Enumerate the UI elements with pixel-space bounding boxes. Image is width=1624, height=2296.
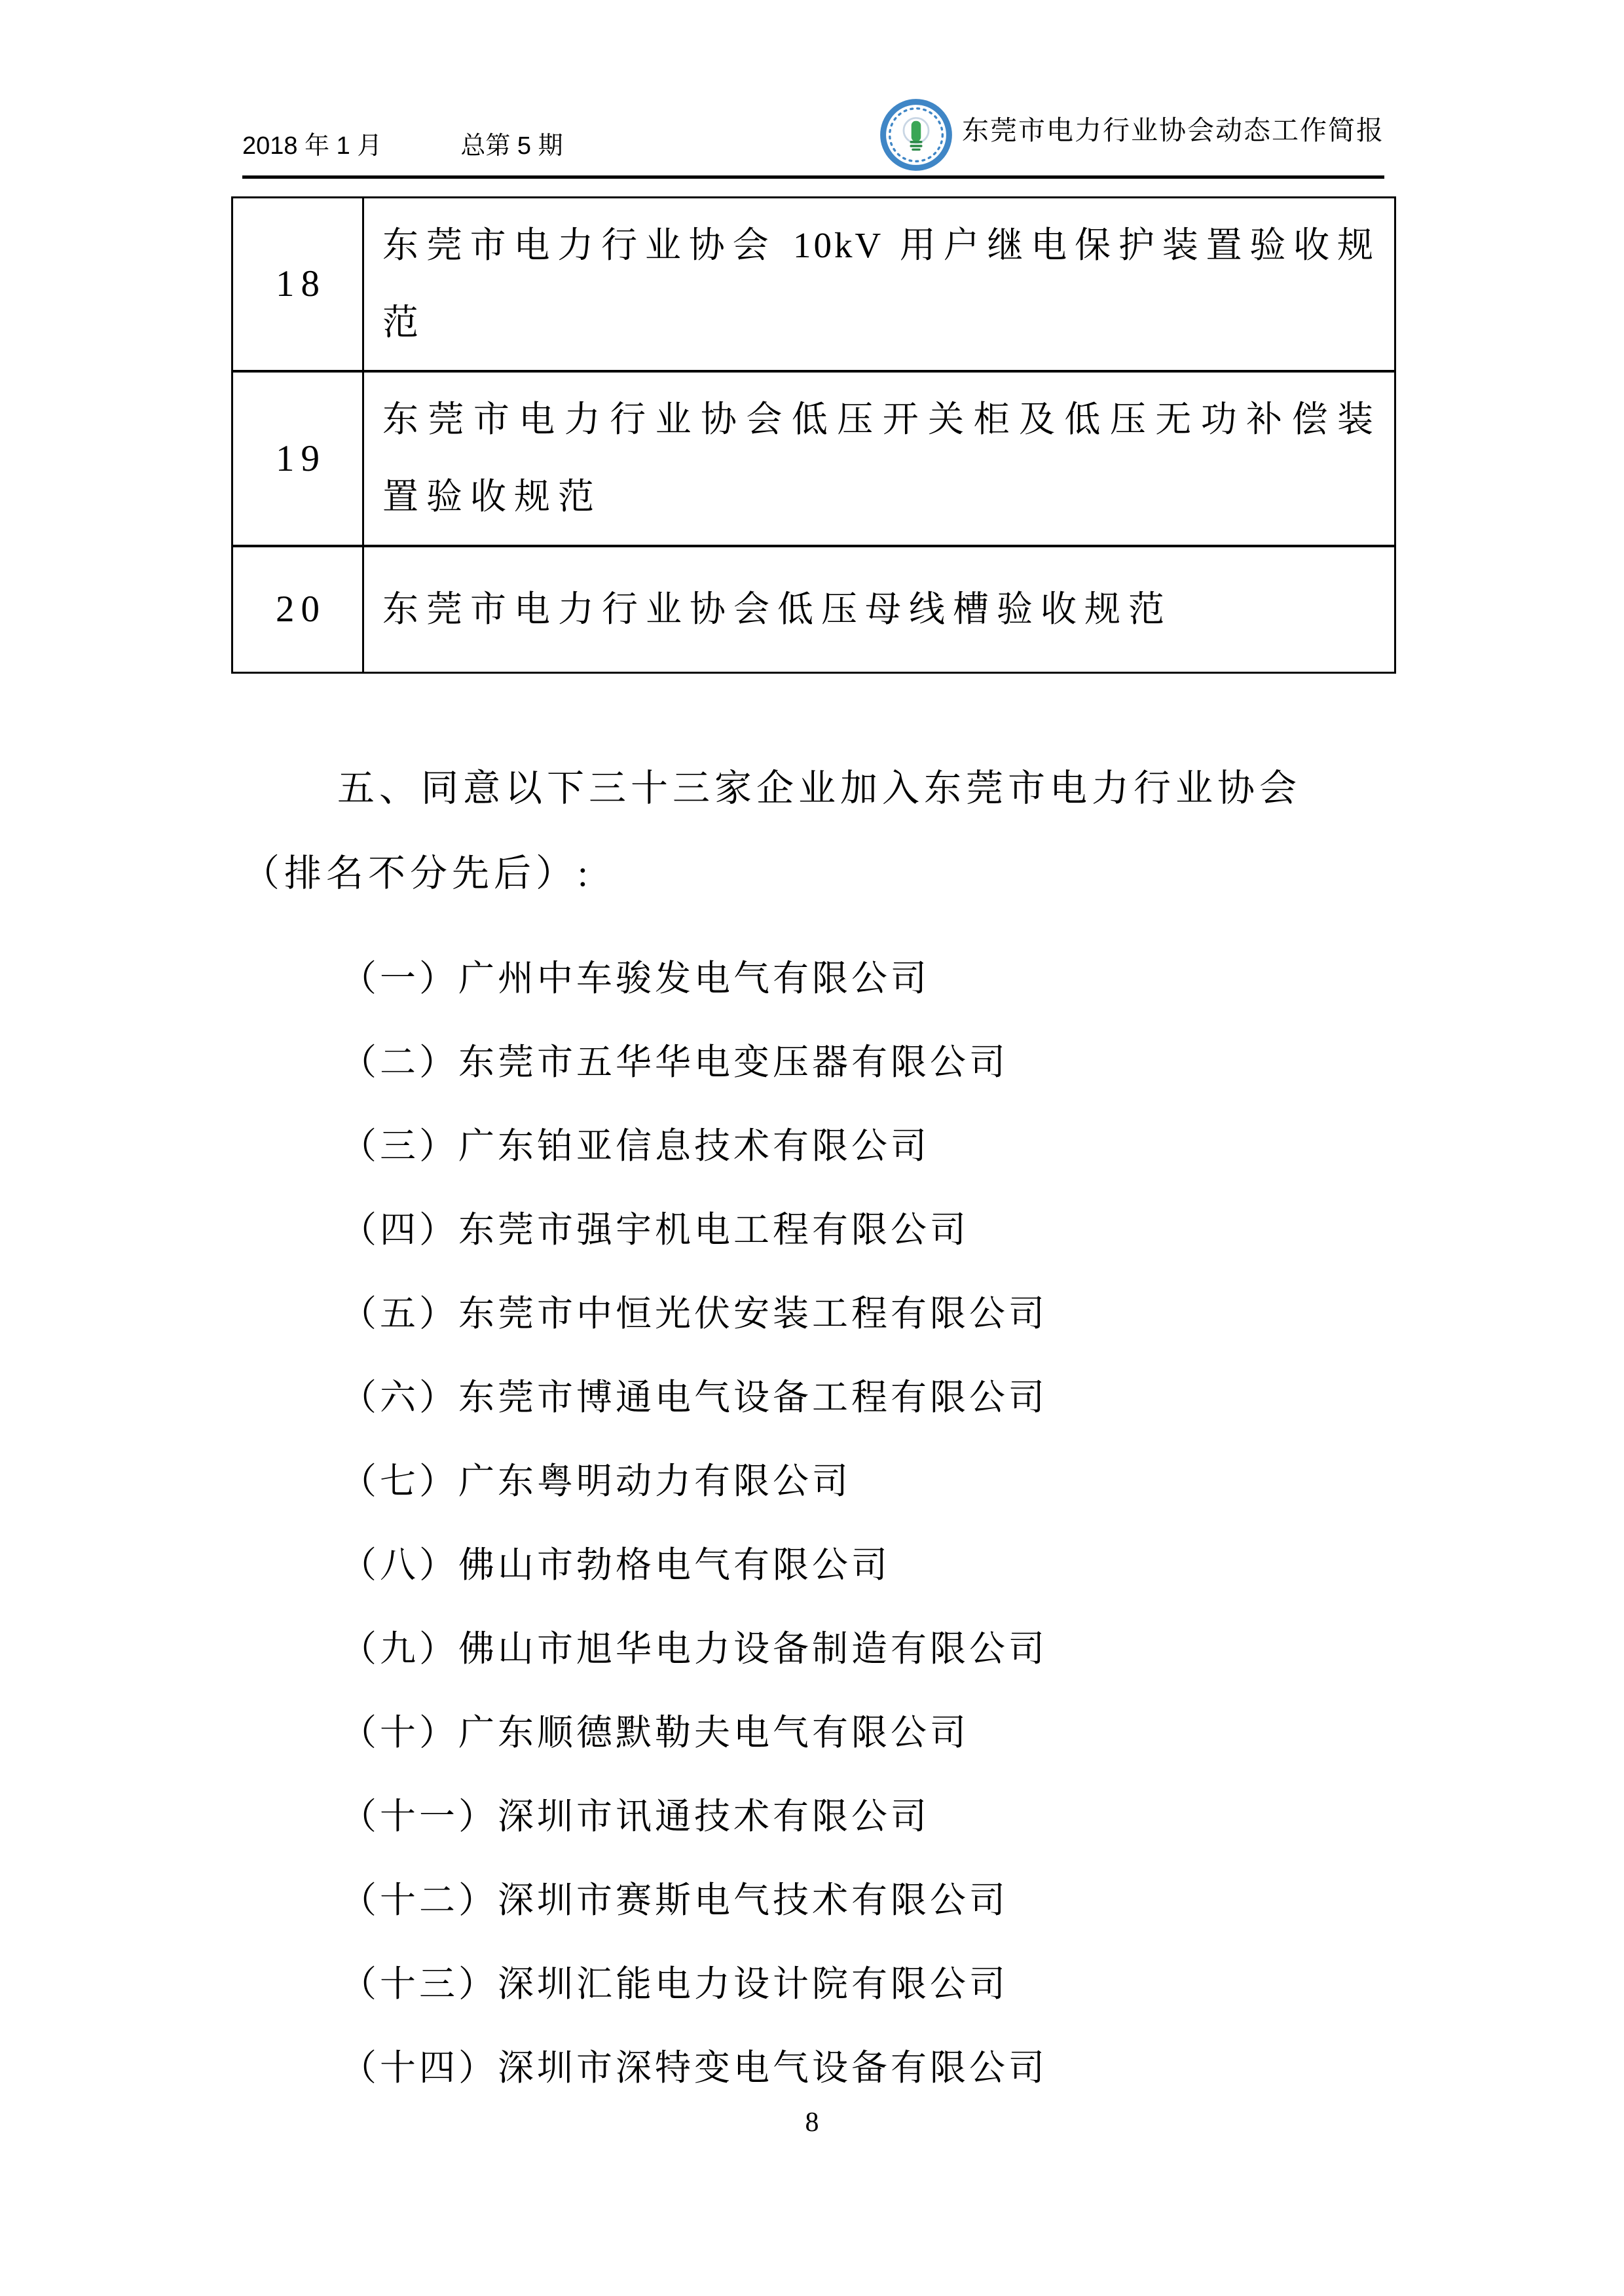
company-index: （七） — [341, 1461, 458, 1501]
company-list-item: （十二）深圳市赛斯电气技术有限公司 — [242, 1859, 1384, 1942]
company-name: 东莞市博通电气设备工程有限公司 — [458, 1377, 1048, 1417]
company-index: （六） — [341, 1377, 458, 1417]
company-index: （十四） — [341, 2048, 498, 2088]
company-list-item: （二）东莞市五华华电变压器有限公司 — [242, 1021, 1384, 1104]
company-list-item: （十四）深圳市深特变电气设备有限公司 — [242, 2026, 1384, 2110]
header-right: 东莞市电力行业协会动态工作简报 — [879, 98, 1384, 162]
standards-table: 18 东莞市电力行业协会 10kV 用户继电保护装置验收规范 19 东莞市电力行… — [231, 196, 1396, 674]
company-list-item: （八）佛山市勃格电气有限公司 — [242, 1523, 1384, 1607]
company-list-item: （三）广东铂亚信息技术有限公司 — [242, 1104, 1384, 1188]
table-cell-text-line: 东莞市电力行业协会低压开关柜及低压无功补偿装 — [382, 381, 1376, 458]
table-row-description: 东莞市电力行业协会 10kV 用户继电保护装置验收规范 — [363, 198, 1395, 371]
company-index: （八） — [341, 1545, 458, 1585]
table-cell-text-line: 范 — [382, 284, 1376, 361]
header-title: 东莞市电力行业协会动态工作简报 — [962, 113, 1384, 147]
table-row-number: 20 — [232, 546, 363, 673]
company-index: （三） — [341, 1126, 458, 1166]
section-heading: 五、同意以下三十三家企业加入东莞市电力行业协会 （排名不分先后）: — [242, 746, 1384, 917]
company-index: （十三） — [341, 1964, 498, 2004]
company-name: 东莞市中恒光伏安装工程有限公司 — [458, 1294, 1048, 1334]
company-list-item: （十）广东顺德默勒夫电气有限公司 — [242, 1691, 1384, 1775]
company-index: （十） — [341, 1713, 458, 1753]
table-row-number: 18 — [232, 198, 363, 371]
company-list-item: （十三）深圳汇能电力设计院有限公司 — [242, 1942, 1384, 2026]
header-issue-number: 总第 5 期 — [460, 130, 563, 162]
company-index: （五） — [341, 1294, 458, 1334]
company-list-item: （一）广州中车骏发电气有限公司 — [242, 937, 1384, 1021]
page-number: 8 — [0, 2107, 1624, 2138]
table-row-description: 东莞市电力行业协会低压母线槽验收规范 — [363, 546, 1395, 673]
table-row: 19 东莞市电力行业协会低压开关柜及低压无功补偿装置验收规范 — [232, 371, 1395, 546]
company-index: （四） — [341, 1210, 458, 1250]
company-name: 广东铂亚信息技术有限公司 — [458, 1126, 930, 1166]
company-index: （一） — [341, 958, 458, 998]
company-name: 东莞市五华华电变压器有限公司 — [458, 1042, 1008, 1082]
table-row: 20 东莞市电力行业协会低压母线槽验收规范 — [232, 546, 1395, 673]
company-name: 深圳市讯通技术有限公司 — [498, 1796, 930, 1836]
table-cell-text-line: 东莞市电力行业协会 10kV 用户继电保护装置验收规 — [382, 207, 1376, 284]
company-index: （十一） — [341, 1796, 498, 1836]
company-list: （一）广州中车骏发电气有限公司 （二）东莞市五华华电变压器有限公司 （三）广东铂… — [242, 937, 1384, 2110]
association-logo-icon — [879, 98, 953, 172]
company-index: （二） — [341, 1042, 458, 1082]
company-name: 佛山市勃格电气有限公司 — [458, 1545, 891, 1585]
standards-table-body: 18 东莞市电力行业协会 10kV 用户继电保护装置验收规范 19 东莞市电力行… — [232, 198, 1395, 673]
company-list-item: （十一）深圳市讯通技术有限公司 — [242, 1775, 1384, 1859]
table-cell-text-line: 置验收规范 — [382, 458, 1376, 536]
company-list-item: （七）广东粤明动力有限公司 — [242, 1440, 1384, 1523]
page-header: 2018 年 1 月 总第 5 期 东莞市电力行业协会动态工作简报 — [242, 98, 1384, 179]
company-list-item: （九）佛山市旭华电力设备制造有限公司 — [242, 1607, 1384, 1691]
table-cell-text-line: 东莞市电力行业协会低压母线槽验收规范 — [382, 571, 1376, 648]
header-date: 2018 年 1 月 — [242, 130, 382, 162]
company-name: 东莞市强宇机电工程有限公司 — [458, 1210, 969, 1250]
company-name: 广东粤明动力有限公司 — [458, 1461, 851, 1501]
table-row-description: 东莞市电力行业协会低压开关柜及低压无功补偿装置验收规范 — [363, 371, 1395, 546]
company-name: 广州中车骏发电气有限公司 — [458, 958, 930, 998]
company-list-item: （五）东莞市中恒光伏安装工程有限公司 — [242, 1272, 1384, 1356]
company-index: （十二） — [341, 1880, 498, 1920]
company-index: （九） — [341, 1629, 458, 1669]
company-name: 深圳市深特变电气设备有限公司 — [498, 2048, 1048, 2088]
table-row-number: 19 — [232, 371, 363, 546]
company-list-item: （六）东莞市博通电气设备工程有限公司 — [242, 1356, 1384, 1440]
document-page: 2018 年 1 月 总第 5 期 东莞市电力行业协会动态工作简报 18 东莞市… — [0, 0, 1624, 2296]
company-name: 佛山市旭华电力设备制造有限公司 — [458, 1629, 1048, 1669]
table-row: 18 东莞市电力行业协会 10kV 用户继电保护装置验收规范 — [232, 198, 1395, 371]
section-heading-line2: （排名不分先后）: — [242, 831, 1384, 917]
company-name: 深圳市赛斯电气技术有限公司 — [498, 1880, 1008, 1920]
company-name: 深圳汇能电力设计院有限公司 — [498, 1964, 1008, 2004]
section-heading-line1: 五、同意以下三十三家企业加入东莞市电力行业协会 — [242, 746, 1384, 831]
company-name: 广东顺德默勒夫电气有限公司 — [458, 1713, 969, 1753]
header-left: 2018 年 1 月 总第 5 期 — [242, 130, 563, 162]
company-list-item: （四）东莞市强宇机电工程有限公司 — [242, 1188, 1384, 1272]
